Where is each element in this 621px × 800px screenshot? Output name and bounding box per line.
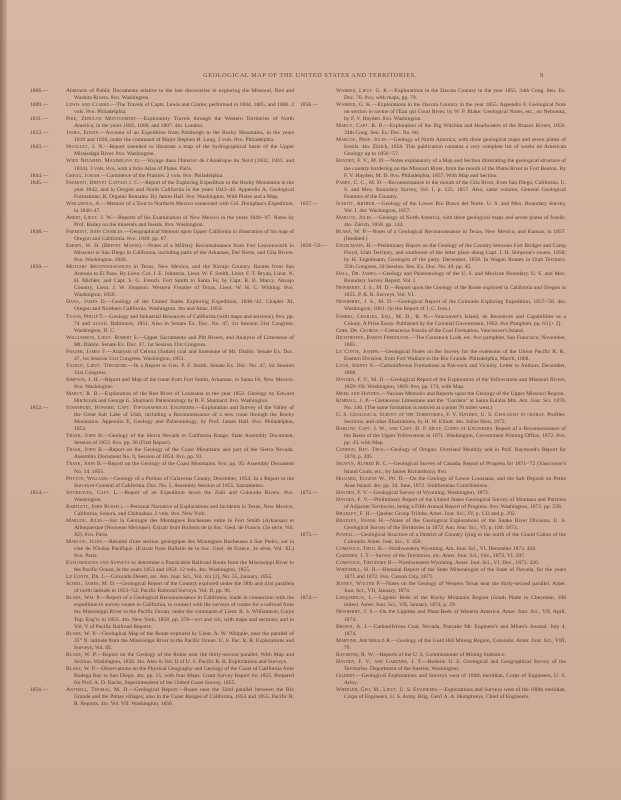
entry-text: —Geological Explorations and Surveys wes… <box>344 673 566 686</box>
entry-text: —Résumé d'une section géologique des Mon… <box>74 539 294 559</box>
entry-year: 1854.— <box>30 490 64 497</box>
entry-author: U. S. Geological Survey of the Territori… <box>336 412 546 418</box>
entry-author: Dana, James D. <box>66 299 106 305</box>
entry-author: Marcou, Jules. <box>66 518 104 524</box>
bibliography-entry: Trask, John B.—Report on the Geology of … <box>66 447 294 461</box>
entry-year: 1857.— <box>300 201 334 208</box>
entry-author: Blake, W. P. <box>66 666 96 672</box>
bibliography-entry: Tyson, Philip T.—Geology and Industrial … <box>66 314 294 335</box>
entry-author: James, Edwin. <box>66 130 100 136</box>
entry-author: Jenney, Walter P. <box>336 581 380 587</box>
entry-author: Le Conte, Joseph. <box>336 349 380 355</box>
running-title: GEOLOGICAL MAP OF THE UNITED STATES AND … <box>180 72 440 79</box>
entry-author: Brown, A. J. <box>336 624 368 630</box>
entry-year: 1856.— <box>300 102 334 109</box>
entry-author: Fremont, John Charles. <box>66 229 124 235</box>
entry-author: Blake, W. P. <box>336 229 367 235</box>
bibliography-entry: Newberry, J. S.—On the Lignites and Plan… <box>336 609 566 623</box>
entry-year: 1850.— <box>30 264 64 271</box>
entry-author: Trask, John B. <box>66 447 103 453</box>
entry-text: —Carboniferous Formations at Pah-rock an… <box>344 363 566 376</box>
entry-author: Raymond, R. W. <box>336 652 374 658</box>
entry-author: Condon, Rev. Thos. <box>336 447 385 453</box>
bibliography-entry: Trask, John B.—Geology of the Sierra Nev… <box>66 433 294 447</box>
bibliography-entry: Whitehill, H. R.—Biennial Report of the … <box>336 567 566 581</box>
entry-text: —Geological Map of the Route explored by… <box>74 631 294 651</box>
bibliography-entry: Talbot, Lieut. Theodore.—In a Report to … <box>66 363 294 377</box>
entry-author: Gilbert. <box>336 673 356 679</box>
entry-text: —Geology of the Sierra Nevada or Califor… <box>74 433 294 446</box>
bibliography-entry: Newberry, J. S., M. D.—Report upon the G… <box>336 285 566 299</box>
bibliography-entry: 1854.—Sitgreaves, Capt. L.—Report of an … <box>66 490 294 504</box>
entry-text: —Northwestern Wyoming. Am. Jour. Sci., V… <box>383 546 536 552</box>
bibliography-entry: Marcy, R. B.—Exploration of the Red Rive… <box>66 391 294 405</box>
entry-author: Phyton, William. <box>66 476 108 482</box>
entry-author: Comstock, Theo. B. <box>336 546 383 552</box>
entry-text: —Report on the Geology of the Coast Moun… <box>74 447 294 460</box>
entry-author: Warren, G. K. <box>336 102 372 108</box>
entry-text: —Report intended to illustrate a map of … <box>74 144 294 157</box>
entry-author: Antisell, Thomas, M. D. <box>66 687 129 693</box>
entry-author: Marcou, Jules. <box>336 215 373 221</box>
entry-year: 1856.— <box>30 687 64 694</box>
bibliography-entry: Schiel, James, M. D.—Geological Report o… <box>66 581 294 595</box>
entry-year: 1811.— <box>30 116 64 123</box>
entry-text: —Geology and Industrial Resources of Cal… <box>74 314 294 334</box>
bibliography-entry: Blake, W. P.—Geological Map of the Route… <box>66 631 294 652</box>
entry-author: Bradley, F. H. <box>336 511 371 517</box>
entry-author: Lyon, Sidney S. <box>336 363 375 369</box>
page-header: GEOLOGICAL MAP OF THE UNITED STATES AND … <box>0 72 621 84</box>
entry-text: —Explorations in the Dacota Country in t… <box>344 102 566 122</box>
entry-author: Selwyn, Alfred R. C. <box>336 461 388 467</box>
entry-author: Talbot, Lieut. Theodore. <box>66 363 128 369</box>
bibliography-entry: Forbes, Charles, Esq., M. D., R. N.—Vanc… <box>336 314 566 328</box>
entry-author: Barlow, Capt. J. W., and Capt. D. P. Hea… <box>336 426 494 432</box>
entry-author: Marcou, Jules. <box>66 539 103 545</box>
bibliography-entry: 1857.—Schott, Arthur.—Geology of the Low… <box>336 201 566 215</box>
bibliography-entry: Hayden, F. V., M. D.—Geological Report o… <box>336 377 566 391</box>
entry-year: 1806.— <box>30 88 64 95</box>
bibliography-entry: Wislizenus, A.—Memoir of a Tour to North… <box>66 201 294 215</box>
entry-text: —Lignitic Beds of the Rocky Mountain Reg… <box>344 595 566 608</box>
bibliography-entry: 1858–'59.—Engelmann, H.—Preliminary Repo… <box>336 243 566 271</box>
bibliography-entry: Marcou, Jules.—Résumé d'une section géol… <box>66 539 294 560</box>
entry-text: —On the Lignites and Plant-Beds of Weste… <box>344 609 566 622</box>
bibliography-entry: Lyon, Sidney S.—Carboniferous Formations… <box>336 363 566 377</box>
bibliography-entry: Blake, W. P.—Notes of a Geological Recon… <box>336 229 566 243</box>
entry-author: Hayden, F. V., and Gardner, J. T. <box>336 659 422 665</box>
scanned-page: GEOLOGICAL MAP OF THE UNITED STATES AND … <box>0 0 621 800</box>
entry-author: Marvine, Archibald R. <box>336 638 392 644</box>
entry-author: Gardner, J. T. <box>336 553 370 559</box>
bibliography-entry: Newberry, J. S., M. D.—Geological Report… <box>336 299 566 313</box>
bibliography-entry: 1872.—Hayden, F. V.—Geological Survey of… <box>336 490 566 497</box>
entry-author: Schott, Arthur. <box>336 201 376 207</box>
entry-text: —Geology of the Lower Rio Bravo del Nort… <box>344 201 566 214</box>
entry-author: Pike, Zebulon Montgomery. <box>66 116 138 122</box>
bibliography-entry: Emory, W. H. (Brevet Major).—Notes of a … <box>66 243 294 264</box>
entry-author: Tyson, Philip T. <box>66 314 104 320</box>
entry-text: —Carboniferous Coal, Nevada, Pancake Mt.… <box>344 624 566 637</box>
bibliography-entry: Explorations and Surveys to determine a … <box>66 560 294 574</box>
bibliography-entry: Le Conte, Joseph.—Geological Notes on th… <box>336 349 566 363</box>
entry-text: —Geology of North America, with three ge… <box>344 215 566 228</box>
bibliography-entry: Barlow, Capt. J. W., and Capt. D. P. Hea… <box>336 426 566 447</box>
entry-author: Williamson, Lieut. Robert S. <box>66 335 138 341</box>
entry-author: Hayden, F. V. <box>336 497 368 503</box>
entry-author: Engelmann, H. <box>336 243 372 249</box>
entry-text: —Sur la Géologie des Montagnes Rocheuses… <box>74 518 294 538</box>
entry-author: Comstock, Theodore B. <box>336 560 393 566</box>
bibliography-entry: Hayden, F. V., M. D.—Notes explanatory o… <box>336 158 566 179</box>
entry-year: 1873.— <box>300 532 334 539</box>
entry-author: Hayden, F. V. <box>336 490 368 496</box>
entry-year: 1858–'59.— <box>300 243 334 250</box>
entry-author: Marcy, R. B. <box>66 391 99 397</box>
entry-author: Warren, Lieut. G. K. <box>336 88 389 94</box>
bibliography-entry: Frazer, James F.—Analysis of Cebora (Sal… <box>66 349 294 363</box>
entry-text: —Account of an Expedition from Pittsburg… <box>74 130 294 143</box>
entry-author: Hayden, F. V., M. D. <box>336 158 385 164</box>
entry-author: Marcy, Capt. R. B. <box>336 123 384 129</box>
bibliography-entry: Gardner, J. T.—Survey of the Territories… <box>336 553 566 560</box>
bibliography-entry: Marcou, Jules.—Sur la Géologie des Monta… <box>66 518 294 539</box>
entry-text: —Quebec Group Trilobs. Amer. Jour. Sci.,… <box>371 511 516 517</box>
entry-year: 1852.— <box>30 405 64 412</box>
page-binding-edge <box>0 0 7 800</box>
entry-author: Bartlett, John Russell. <box>66 504 125 510</box>
entry-text: —Colorado Desert, etc. Am. Jour. Sci., V… <box>105 574 273 580</box>
entry-author: Parry, C. C., M. D. <box>336 180 383 186</box>
entry-author: Powell. <box>336 532 355 538</box>
entry-year: 1809.— <box>30 102 64 109</box>
entry-author: Schiel, James, M. D. <box>66 581 116 587</box>
entry-author: Wheeler, Geo. M., Lieut. U. S. Engineers… <box>336 687 439 693</box>
right-column-bibliography: Warren, Lieut. G. K.—Explorations in the… <box>300 88 566 701</box>
entry-author: Stansbury, Howard, Capt. Topographical E… <box>66 405 196 411</box>
bibliography-entry: Kimball, J. P.—Cretaceous Limestone and … <box>336 398 566 412</box>
entry-text: —Biennial Report of the State Mineralogi… <box>344 567 566 580</box>
entry-author: Forbes, Charles, Esq., M. D., R. N. <box>336 314 429 320</box>
bibliography-entry: 1873.—Powell.—Geological Structure of a … <box>336 532 566 546</box>
bibliography-entry: Phyton, William.—Geology of a Portion of… <box>66 476 294 490</box>
entry-text: —Geology and Palæontology of the U. S. a… <box>344 271 566 284</box>
entry-author: Newberry, J. S., M. D. <box>336 285 390 291</box>
bibliography-entry: Wheeler, Geo. M., Lieut. U. S. Engineers… <box>336 687 566 701</box>
entry-text: —Commerce of the Prairies. 2 vols. 8vo. … <box>101 173 224 179</box>
bibliography-entry: Wied Neuwied, Maximilian zu.—Voyage dans… <box>66 158 294 172</box>
entry-author: Fremont, Brevet Captain J. C. <box>66 180 139 186</box>
entry-author: Hall, Dr. James. <box>336 271 377 277</box>
entry-author: Trask, John B. <box>66 433 103 439</box>
entry-text: —Cretaceous Limestone and the "Cordera" … <box>344 398 566 411</box>
bibliography-entry: 1852.—Stansbury, Howard, Capt. Topograph… <box>66 405 294 433</box>
entry-text: —Report of a Geological Reconnoissance i… <box>74 595 294 629</box>
bibliography-entry: Abert, Lieut. J. W.—Reports of his Exami… <box>66 215 294 229</box>
bibliography-entry: Simpson, J. H.—Report and Map of the rou… <box>66 377 294 391</box>
entry-author: Abert, Lieut. J. W. <box>66 215 113 221</box>
entry-author: Richthofen, Baron Ferdinand. <box>336 335 410 341</box>
entry-author: Kimball, J. P. <box>336 398 369 404</box>
entry-text: —Northwestern Wyoming. Amer. Jour. Sci.,… <box>393 560 539 566</box>
entry-text: —Survey of the Territories, etc. Amer. J… <box>370 553 525 559</box>
entry-author: Wislizenus, A. <box>66 201 101 207</box>
entry-year: 1844.— <box>30 173 64 180</box>
bibliography-entry: Trask, John B.—Report on the Geology of … <box>66 461 294 475</box>
entry-text: —Preliminary Report of the United States… <box>344 497 566 510</box>
bibliography-entry: 1874.—Lesquereux, L.—Lignitic Beds of th… <box>336 595 566 609</box>
bibliography-entry: 1823.—James, Edwin.—Account of an Expedi… <box>66 130 294 144</box>
bibliography-entry: Marcou, Prof. Jules.—Geology of North Am… <box>336 137 566 158</box>
entry-text: —Exploration of the Red River of Louisia… <box>74 391 294 404</box>
entry-author: Blake, W. P. <box>66 652 97 658</box>
bibliography-entry: Raymond, R. W.—Reports of the U. S. Comm… <box>336 652 566 659</box>
entry-author: Sitgreaves, Capt. L. <box>66 490 119 496</box>
bibliography-entry: 1845.—Fremont, Brevet Captain J. C.—Repo… <box>66 180 294 201</box>
entry-year: 1874.— <box>300 595 334 602</box>
bibliography-entry: Parry, C. C., M. D.—Reconnoissance to th… <box>336 180 566 201</box>
entry-author: Nicollet, J. N. <box>66 144 104 150</box>
bibliography-entry: Meek and Hayden.—Various Memoirs and Rep… <box>336 391 566 398</box>
bibliography-entry: 1809.—Lewis and Clarke.—The Travels of C… <box>66 102 294 116</box>
bibliography-entry: Marvine, Archibald R.—Geology of the Gol… <box>336 638 566 652</box>
entry-author: Bradley, Frank H. <box>336 518 384 524</box>
entry-author: Newberry, J. S., M. D. <box>336 299 393 305</box>
bibliography-entry: Gibb, Dr. George.—Cretaceous Fossils of … <box>336 328 566 335</box>
entry-year: 1872.— <box>300 490 334 497</box>
bibliography-entry: Hayden, F. V.—Preliminary Report of the … <box>336 497 566 511</box>
bibliography-entry: 1856.—Antisell, Thomas, M. D.—Geological… <box>66 687 294 708</box>
bibliography-entry: Gilbert.—Geological Explorations and Sur… <box>336 673 566 687</box>
bibliography-entry: Jenney, Walter P.—Notes on the Geology o… <box>336 581 566 595</box>
bibliography-entry: Selwyn, Alfred R. C.—Geological Survey o… <box>336 461 566 475</box>
entry-author: Emory, W. H. (Brevet Major). <box>66 243 142 249</box>
entry-text: —Notes of a Geological Reconnoissance in… <box>344 229 566 242</box>
bibliography-entry: 1843.—Nicollet, J. N.—Report intended to… <box>66 144 294 158</box>
entry-author: Newberry, J. S. <box>336 609 374 615</box>
bibliography-entry: Blake, W. P.—Report on the Geology of th… <box>66 652 294 666</box>
bibliography-entry: Marcy, Capt. R. B.—Exploration of the Bi… <box>336 123 566 137</box>
bibliography-entry: Blake, W. P.—Observations on the Physica… <box>66 666 294 687</box>
bibliography-entry: Dana, James D.—Geology of the United Sta… <box>66 299 294 313</box>
entry-year: 1845.— <box>30 180 64 187</box>
entry-author: Explorations and Surveys <box>66 560 130 566</box>
entry-author: Hilgard, Eugene W., Ph. D. <box>336 476 404 482</box>
entry-text: —Memoir of a Tour to Northern Mexico con… <box>74 201 294 214</box>
entry-text: —Cretaceous Fossils of the Coal Formatio… <box>379 328 524 334</box>
entry-text: —Various Memoirs and Reports upon the Ge… <box>381 391 565 397</box>
bibliography-entry: 1856.—Warren, G. K.—Explorations in the … <box>336 102 566 123</box>
bibliography-entry: 1850.—Military Reconnoissances in Texas,… <box>66 264 294 299</box>
entry-author: Hayden, F. V., M. D. <box>336 377 385 383</box>
entry-author: Lesquereux, L. <box>336 595 374 601</box>
left-column-bibliography: 1806.—Abstracts of Public Documents rela… <box>30 88 294 708</box>
entry-author: Military Reconnoissances <box>66 264 131 270</box>
entry-author: Trask, John B. <box>66 461 102 467</box>
entry-text: —Observations on the Physical Geography … <box>74 666 294 686</box>
entry-year: 1848.— <box>30 229 64 236</box>
entry-text: —Geological Structure of a District of C… <box>344 532 566 545</box>
bibliography-entry: Hall, Dr. James.—Geology and Palæontolog… <box>336 271 566 285</box>
entry-text: —Report on the Geology of the Route near… <box>74 652 294 665</box>
entry-author: Simpson, J. H. <box>66 377 99 383</box>
entry-text: Abstracts of Public Documents relative t… <box>66 88 294 101</box>
bibliography-entry: U. S. Geological Survey of the Territori… <box>336 412 566 426</box>
bibliography-entry: Blake, Wm. P.—Report of a Geological Rec… <box>66 595 294 630</box>
bibliography-entry: Williamson, Lieut. Robert S.—Upper Sacra… <box>66 335 294 349</box>
page-number: 9 <box>540 72 543 79</box>
entry-year: 1823.— <box>30 130 64 137</box>
entry-text: —Geological Survey of Wyoming. Washingto… <box>368 490 489 496</box>
bibliography-entry: Hilgard, Eugene W., Ph. D.—On the Geolog… <box>336 476 566 490</box>
bibliography-entry: Hayden, F. V., and Gardner, J. T.—Bullet… <box>336 659 566 673</box>
entry-author: Frazer, James F. <box>66 349 106 355</box>
bibliography-entry: 1844.—Gregg, Josiah.—Commerce of the Pra… <box>66 173 294 180</box>
entry-author: Meek and Hayden. <box>336 391 381 397</box>
bibliography-entry: 1811.—Pike, Zebulon Montgomery.—Explorat… <box>66 116 294 130</box>
entry-author: Wied Neuwied, Maximilian zu. <box>66 158 141 164</box>
entry-author: Lewis and Clarke. <box>66 102 111 108</box>
entry-text: —Geology of the United States Exploring … <box>74 299 294 312</box>
entry-author: Whitehill, H. R. <box>336 567 377 573</box>
bibliography-entry: 1848.—Fremont, John Charles.—Geographica… <box>66 229 294 243</box>
entry-author: Blake, Wm. P. <box>66 595 101 601</box>
entry-author: Marcou, Prof. Jules. <box>336 137 388 143</box>
bibliography-entry: Richthofen, Baron Ferdinand.—The Comstoc… <box>336 335 566 349</box>
entry-text: —Report and Map of the route from Fort S… <box>74 377 294 390</box>
entry-year: 1843.— <box>30 144 64 151</box>
bibliography-entry: Bradley, Frank H.—Notes of the Geologica… <box>336 518 566 532</box>
bibliography-entry: Marcou, Jules.—Geology of North America,… <box>336 215 566 229</box>
entry-author: Blake, W. P. <box>66 631 96 637</box>
entry-text: —Preliminary Report on the Geology of th… <box>344 243 566 270</box>
bibliography-entry: Bradley, F. H.—Quebec Group Trilobs. Ame… <box>336 511 566 518</box>
entry-text: —Reports of the U. S. Commissioner of Mi… <box>374 652 505 658</box>
bibliography-entry: Warren, Lieut. G. K.—Explorations in the… <box>336 88 566 102</box>
bibliography-entry: Condon, Rev. Thos.—Geology of Oregon. Ov… <box>336 447 566 461</box>
bibliography-entry: Bartlett, John Russell.—Personal Narrati… <box>66 504 294 518</box>
entry-text: —Report on the Geology of the Coast Moun… <box>74 461 294 474</box>
entry-author: Gibb, Dr. George. <box>336 328 379 334</box>
entry-author: Gregg, Josiah. <box>66 173 101 179</box>
entry-text: —Analysis of Cebora (Saltze) coal and li… <box>74 349 294 362</box>
entry-author: Le Conte, Dr. J. <box>66 574 105 580</box>
bibliography-entry: 1806.—Abstracts of Public Documents rela… <box>66 88 294 102</box>
bibliography-entry: Brown, A. J.—Carboniferous Coal, Nevada,… <box>336 624 566 638</box>
